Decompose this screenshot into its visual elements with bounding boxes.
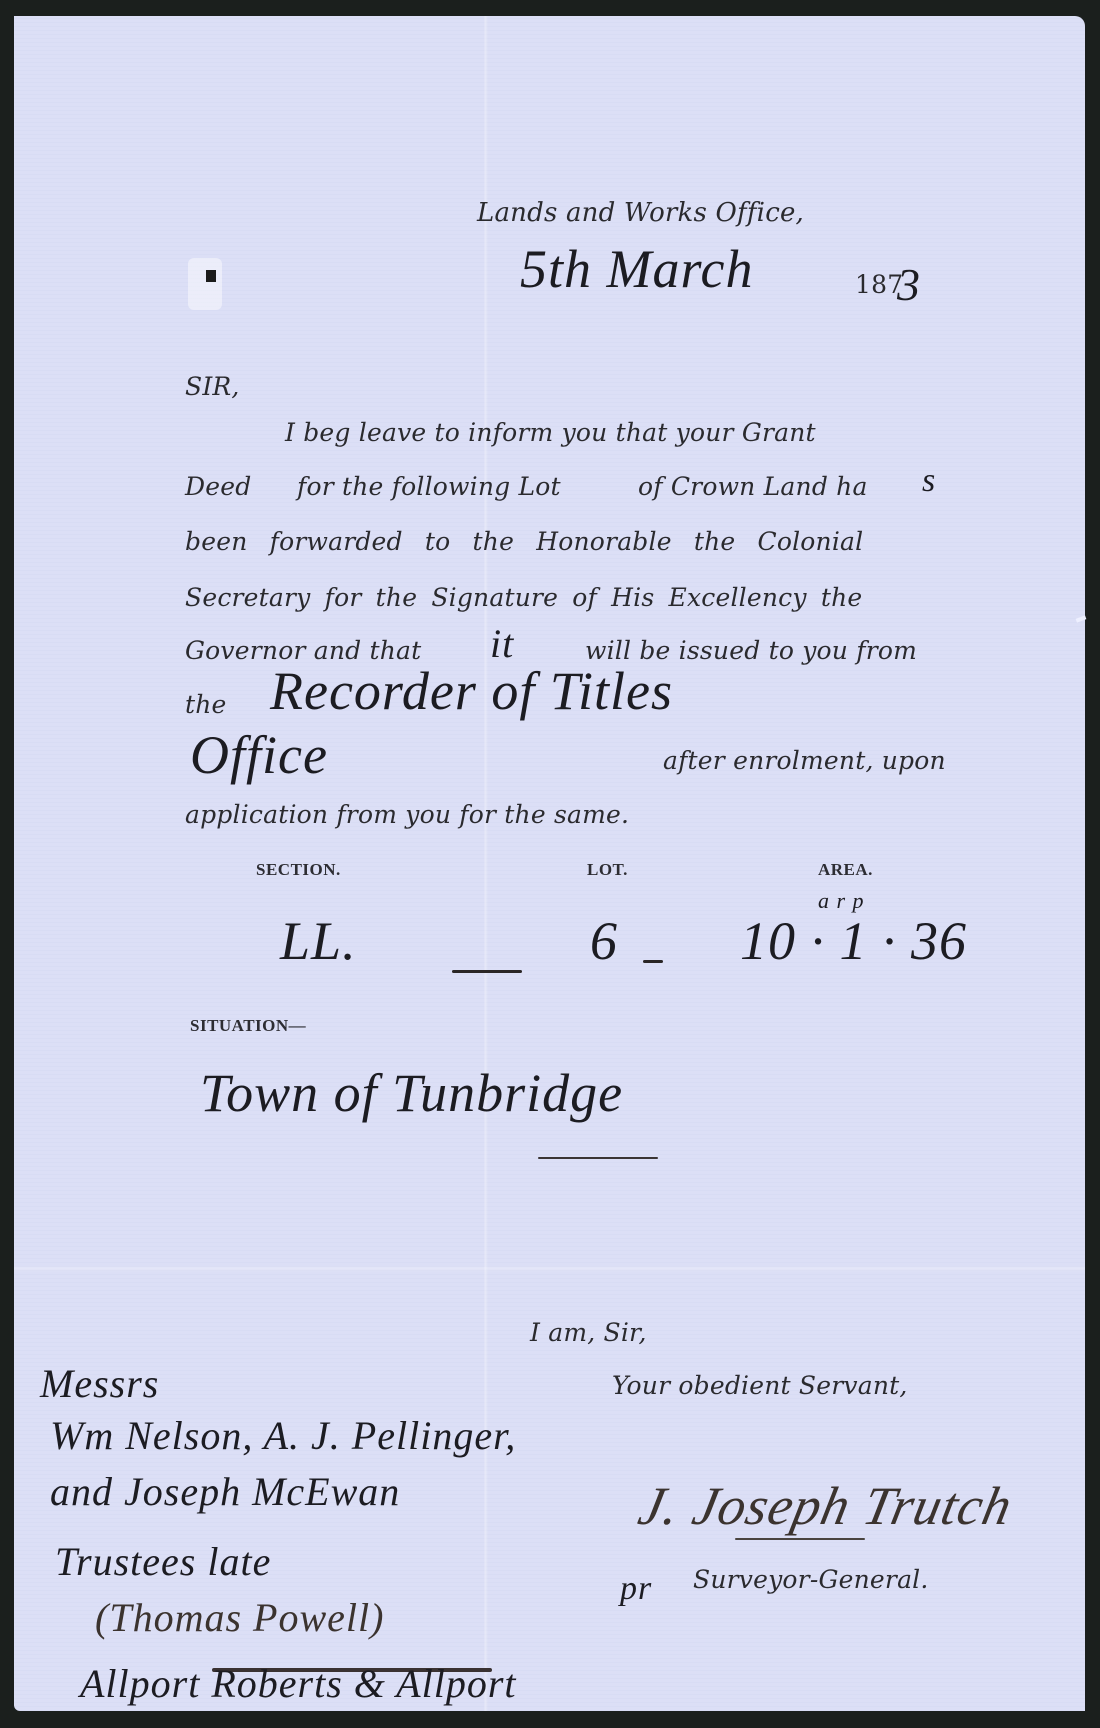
- addressee-line-1: Messrs: [40, 1360, 159, 1407]
- dash-separator: [452, 970, 522, 973]
- situation-underline: [538, 1157, 658, 1159]
- lot-header: LOT.: [587, 860, 628, 880]
- addressee-line-6: Allport Roberts & Allport: [80, 1660, 517, 1707]
- salutation: SIR,: [185, 372, 240, 401]
- body-line-1: I beg leave to inform you that your Gran…: [285, 418, 816, 447]
- body-line-8: application from you for the same.: [185, 800, 629, 829]
- addressee-line-3: and Joseph McEwan: [50, 1468, 400, 1515]
- signature: J. Joseph Trutch: [633, 1475, 1018, 1537]
- body-line-3: been forwarded to the Honorable the Colo…: [185, 527, 863, 556]
- situation-value: Town of Tunbridge: [200, 1062, 623, 1124]
- closing-line-1: I am, Sir,: [530, 1318, 647, 1347]
- office-heading: Lands and Works Office,: [477, 198, 804, 228]
- addressee-line-4: Trustees late: [55, 1538, 271, 1585]
- closing-title: Surveyor-General.: [693, 1565, 929, 1594]
- lot-value: 6: [590, 910, 618, 972]
- body-line-6a: the: [185, 690, 227, 719]
- embossed-seal-mark: [188, 258, 222, 310]
- date-handwritten: 5th March: [520, 238, 753, 300]
- closing-line-2: Your obedient Servant,: [612, 1371, 908, 1400]
- addressee-annotation: pr: [620, 1570, 652, 1608]
- addressee-line-5: (Thomas Powell): [95, 1594, 384, 1641]
- body-line-6-handwritten: Recorder of Titles: [270, 660, 673, 722]
- body-line-7b: after enrolment, upon: [663, 746, 946, 775]
- body-line-4: Secretary for the Signature of His Excel…: [185, 583, 862, 612]
- section-header: SECTION.: [256, 860, 341, 880]
- body-line-2a: Deed: [185, 472, 251, 501]
- body-line-2c: of Crown Land ha: [638, 472, 868, 501]
- body-line-2-handwritten: s: [922, 462, 936, 500]
- section-value: LL.: [280, 910, 357, 972]
- addressee-line-2: Wm Nelson, A. J. Pellinger,: [50, 1412, 516, 1459]
- area-header: AREA.: [818, 860, 873, 880]
- situation-label: SITUATION—: [190, 1016, 306, 1036]
- dash-separator-2: [643, 960, 663, 963]
- body-line-7-handwritten: Office: [190, 724, 328, 786]
- body-line-2b: for the following Lot: [297, 472, 561, 501]
- signature-underline: [735, 1538, 865, 1540]
- area-value: 10 · 1 · 36: [740, 910, 967, 972]
- year-handwritten: 3: [897, 258, 921, 311]
